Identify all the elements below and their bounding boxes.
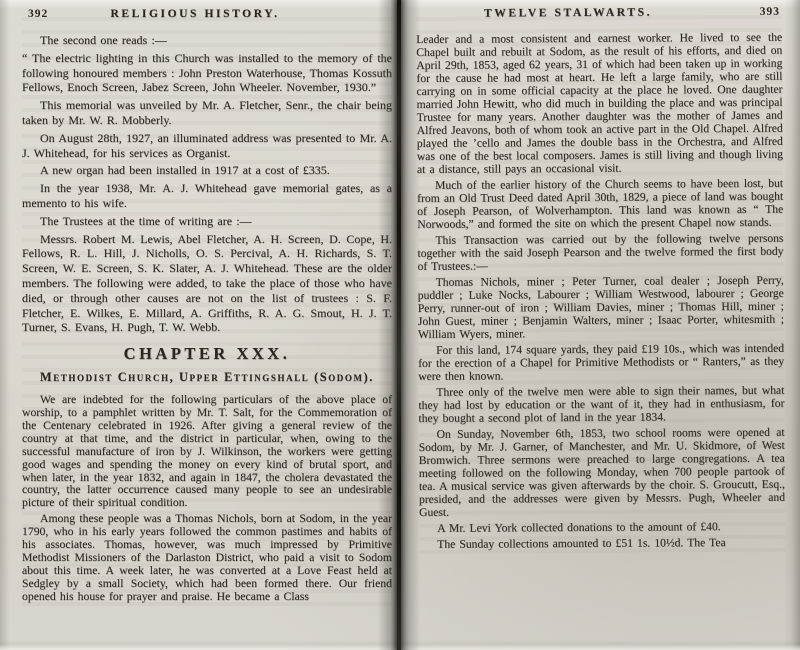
chapter-subheading: Methodist Church, Upper Ettingshall (Sod… xyxy=(22,370,392,385)
paragraph: Thomas Nichols, miner ; Peter Turner, co… xyxy=(418,274,784,341)
paragraph: For this land, 174 square yards, they pa… xyxy=(418,342,784,383)
binding-gutter xyxy=(378,0,420,650)
scan-left-edge xyxy=(0,0,10,650)
paragraph: “ The electric lighting in this Church w… xyxy=(22,51,392,95)
paragraph: The Sunday collections amounted to £51 1… xyxy=(419,536,785,551)
scan-right-edge xyxy=(784,0,800,650)
binding-gutter-line xyxy=(397,0,401,650)
right-page-header: TWELVE STALWARTS. 393 xyxy=(416,6,782,26)
running-head: TWELVE STALWARTS. xyxy=(385,6,751,20)
running-head: RELIGIOUS HISTORY. xyxy=(10,8,380,20)
paragraph: The Trustees at the time of writing are … xyxy=(22,214,392,229)
paragraph: In the year 1938, Mr. A. J. Whitehead ga… xyxy=(22,181,392,211)
page-number: 393 xyxy=(760,6,780,18)
paragraph: We are indebted for the following partic… xyxy=(22,394,392,510)
left-page-header: 392 RELIGIOUS HISTORY. xyxy=(22,8,392,26)
paragraph: On Sunday, November 6th, 1853, two schoo… xyxy=(419,426,786,519)
paragraph: Messrs. Robert M. Lewis, Abel Fletcher, … xyxy=(22,232,392,336)
paragraph: A Mr. Levi York collected donations to t… xyxy=(419,520,785,535)
paragraph: This memorial was unveiled by Mr. A. Fle… xyxy=(22,98,392,128)
paragraph: Leader and a most consistent and earnest… xyxy=(416,31,783,176)
paragraph: A new organ had been installed in 1917 a… xyxy=(22,163,392,178)
book-spread-scan: 392 RELIGIOUS HISTORY. The second one re… xyxy=(0,0,800,650)
left-page-body: The second one reads :— “ The electric l… xyxy=(22,33,392,604)
paragraph: The second one reads :— xyxy=(22,33,392,48)
left-page-upper-section: The second one reads :— “ The electric l… xyxy=(22,33,392,335)
paragraph: Three only of the twelve men were able t… xyxy=(418,384,784,425)
left-page-lower-section: We are indebted for the following partic… xyxy=(22,394,392,604)
right-page: TWELVE STALWARTS. 393 Leader and a most … xyxy=(416,6,785,554)
paragraph: Among these people was a Thomas Nichols,… xyxy=(22,513,392,603)
left-page: 392 RELIGIOUS HISTORY. The second one re… xyxy=(22,8,392,607)
paragraph: This Transaction was carried out by the … xyxy=(417,232,783,273)
chapter-heading: CHAPTER XXX. xyxy=(22,344,392,364)
right-page-body: Leader and a most consistent and earnest… xyxy=(416,31,785,551)
paragraph: Much of the earlier history of the Churc… xyxy=(417,177,783,231)
paragraph: On August 28th, 1927, an illuminated add… xyxy=(22,131,392,161)
